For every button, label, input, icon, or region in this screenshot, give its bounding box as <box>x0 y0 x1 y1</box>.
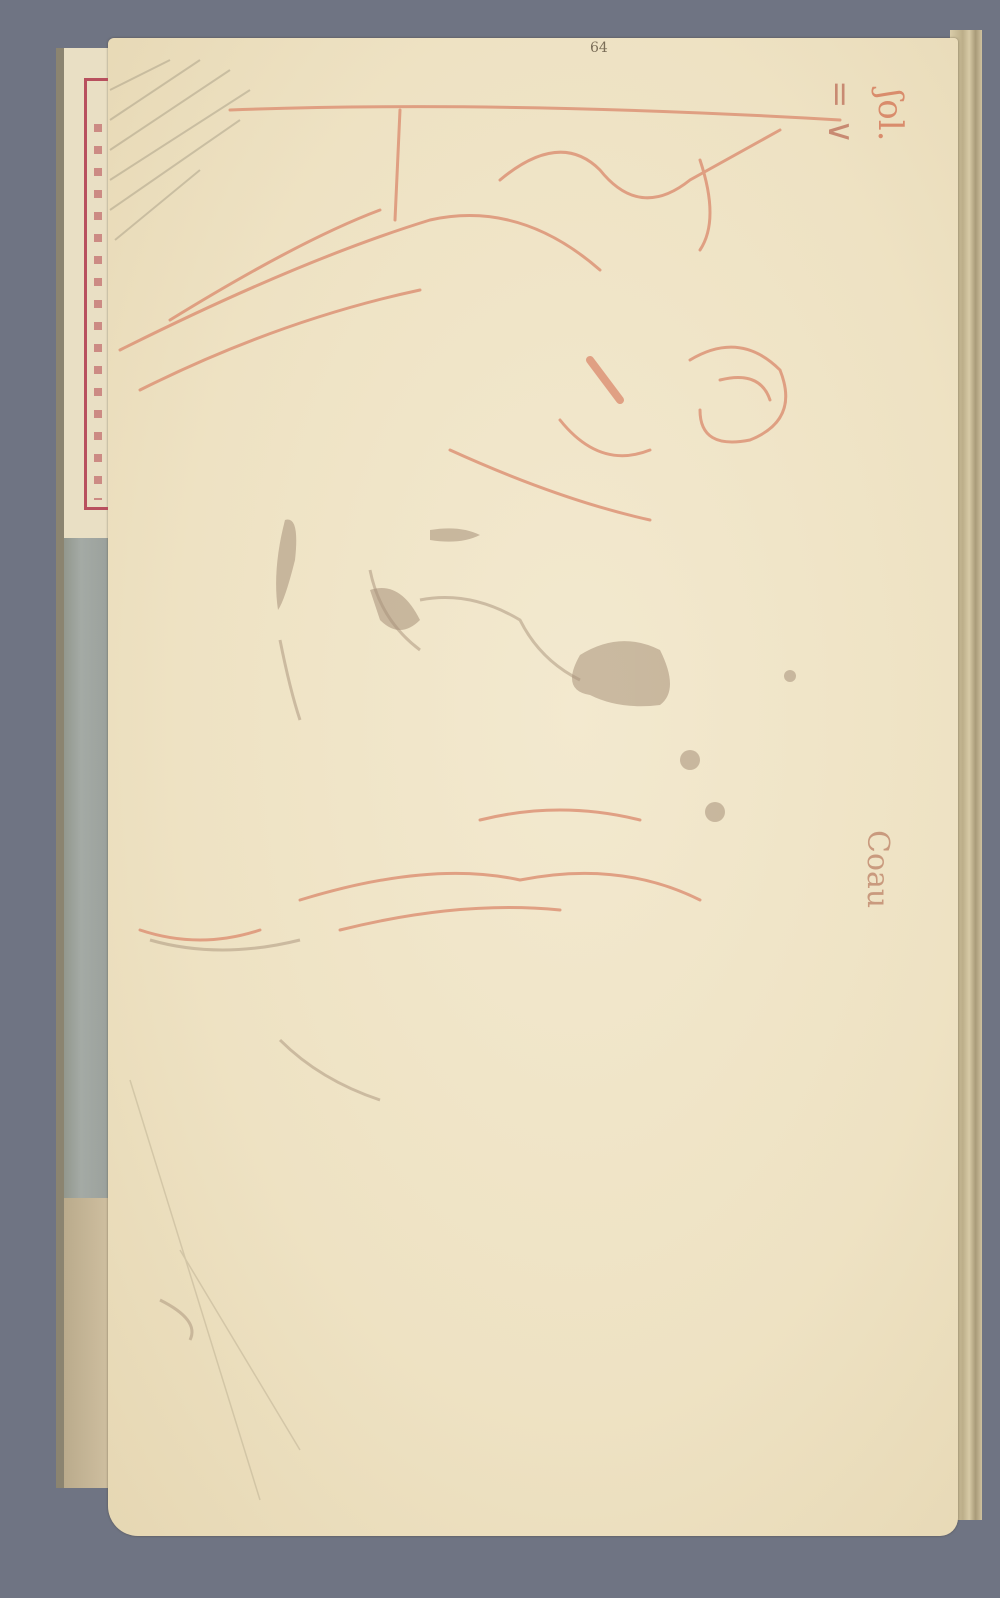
brown-wash-lines <box>150 570 580 1340</box>
brown-wash-sketch <box>276 520 796 823</box>
sketch-drawing <box>0 0 1000 1598</box>
annotation-top-right: ʃol. <box>870 90 910 141</box>
page-number: 64 <box>590 40 608 56</box>
annotation-marks: = ∨ <box>820 80 860 144</box>
annotation-right-middle: Coau <box>860 830 895 908</box>
pencil-shading <box>110 60 250 240</box>
red-chalk-sketch <box>120 107 840 940</box>
fold-lines <box>130 1080 300 1500</box>
